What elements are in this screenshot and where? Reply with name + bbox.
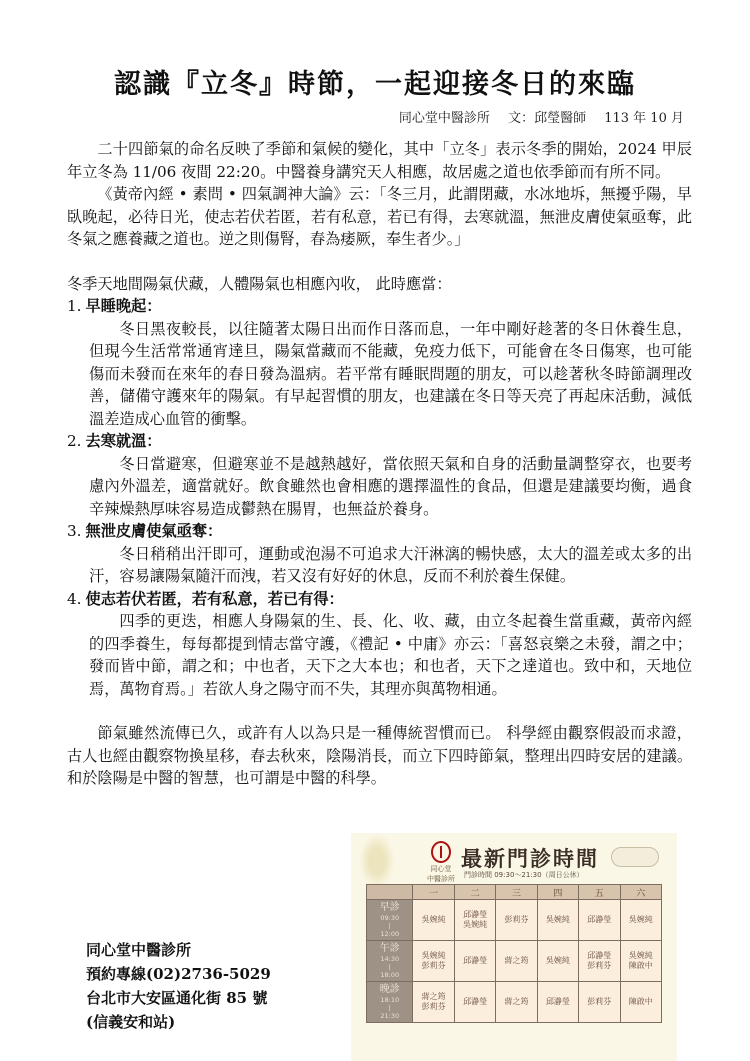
doctor-cell: 吳婉純 — [620, 900, 662, 941]
item-body: 冬日稍稍出汗即可，運動或泡湯不可追求大汗淋漓的暢快感，太大的溫差或太多的出汗，容… — [67, 543, 692, 588]
doctor-cell: 邱瀞瑩 — [454, 982, 495, 1023]
doctor-cell: 邱瀞瑩 — [579, 900, 620, 941]
clinic-contact: 同心堂中醫診所 預約專線(02)2736-5029 台北市大安區通化街 85 號… — [86, 938, 271, 1034]
item-heading: 4.使志若伏若匿，若有私意，若已有得： — [67, 588, 692, 611]
lead-sentence: 冬季天地間陽氣伏藏，人體陽氣也相應內收， 此時應當： — [67, 273, 692, 296]
clinic-station: (信義安和站) — [86, 1010, 271, 1034]
document-title: 認識『立冬』時節，一起迎接冬日的來臨 — [0, 62, 750, 101]
doctor-cell: 吳婉純 — [537, 900, 578, 941]
doctor-cell: 吳婉純 — [413, 900, 454, 941]
doctor-cell: 吳婉純 陳啟中 — [620, 941, 662, 982]
schedule-title: 最新門診時間 — [461, 843, 599, 873]
item-heading: 1.早睡晚起： — [67, 295, 692, 318]
item-3: 3.無泄皮膚使氣亟奪： 冬日稍稍出汗即可，運動或泡湯不可追求大汗淋漓的暢快感，太… — [67, 520, 692, 588]
logo-emblem-icon — [431, 841, 451, 863]
item-heading: 2.去寒就溫： — [67, 430, 692, 453]
doctor-cell: 吳婉純 — [537, 941, 578, 982]
item-body: 四季的更迭，相應人身陽氣的生、長、化、收、藏，由立冬起養生當重藏，黃帝內經的四季… — [67, 610, 692, 700]
wheat-decoration-icon — [359, 833, 395, 889]
day-header: 二 — [454, 885, 495, 900]
doctor-cell: 蔣之筠 — [496, 941, 537, 982]
schedule-header-row: 一 二 三 四 五 六 — [367, 885, 662, 900]
schedule-table: 一 二 三 四 五 六 早診 09:30 | 12:00 吳婉純 邱瀞瑩 吳婉純… — [366, 884, 662, 1023]
clinic-phone: 預約專線(02)2736-5029 — [86, 962, 271, 986]
doctor-cell: 蔣之筠 彭莉芬 — [413, 982, 454, 1023]
byline-author: 文：邱瑩醫師 — [508, 111, 586, 126]
doctor-cell: 邱瀞瑩 吳婉純 — [454, 900, 495, 941]
doctor-cell: 邱瀞瑩 — [454, 941, 495, 982]
doctor-cell: 陳啟中 — [620, 982, 662, 1023]
byline: 同心堂中醫診所 文：邱瑩醫師 113 年 10 月 — [385, 107, 684, 126]
doctor-cell: 吳婉純 彭莉芬 — [413, 941, 454, 982]
day-header: 五 — [579, 885, 620, 900]
session-label: 晚診 18:10 | 21:30 — [367, 982, 413, 1023]
doctor-cell: 邱瀞瑩 — [537, 982, 578, 1023]
doctor-cell: 蔣之筠 — [496, 982, 537, 1023]
closing-paragraph: 節氣雖然流傳已久，或許有人以為只是一種傳統習慣而已。 科學經由觀察假設而求證，古… — [67, 722, 692, 790]
item-body: 冬日當避寒，但避寒並不是越熱越好，當依照天氣和自身的活動量調整穿衣，也要考慮內外… — [67, 453, 692, 521]
doctor-cell: 彭莉芬 — [579, 982, 620, 1023]
doctor-cell: 彭莉芬 — [496, 900, 537, 941]
day-header: 四 — [537, 885, 578, 900]
item-1: 1.早睡晚起： 冬日黑夜較長，以往隨著太陽日出而作日落而息，一年中剛好趁著的冬日… — [67, 295, 692, 430]
clinic-schedule-graphic: 同心堂 中醫診所 最新門診時間 門診時間 09:30～21:30（周日公休） 一… — [351, 833, 677, 1061]
doctor-cell: 邱瀞瑩 彭莉芬 — [579, 941, 620, 982]
session-label: 午診 14:30 | 18:00 — [367, 941, 413, 982]
byline-date: 113 年 10 月 — [604, 111, 684, 126]
item-body: 冬日黑夜較長，以往隨著太陽日出而作日落而息，一年中剛好趁著的冬日休養生息，但現今… — [67, 318, 692, 431]
intro-paragraph-2: 《黃帝內經 • 素問 • 四氣調神大論》云：「冬三月，此謂閉藏，水冰地坼，無擾乎… — [67, 183, 692, 251]
clinic-address: 台北市大安區通化街 85 號 — [86, 986, 271, 1010]
day-header: 六 — [620, 885, 662, 900]
session-row-afternoon: 午診 14:30 | 18:00 吳婉純 彭莉芬 邱瀞瑩 蔣之筠 吳婉純 邱瀞瑩… — [367, 941, 662, 982]
day-header: 三 — [496, 885, 537, 900]
session-row-morning: 早診 09:30 | 12:00 吳婉純 邱瀞瑩 吳婉純 彭莉芬 吳婉純 邱瀞瑩… — [367, 900, 662, 941]
clinic-name: 同心堂中醫診所 — [86, 938, 271, 962]
session-row-evening: 晚診 18:10 | 21:30 蔣之筠 彭莉芬 邱瀞瑩 蔣之筠 邱瀞瑩 彭莉芬… — [367, 982, 662, 1023]
article-body: 二十四節氣的命名反映了季節和氣候的變化，其中「立冬」表示冬季的開始，2024 甲… — [67, 138, 692, 790]
schedule-subtitle: 門診時間 09:30～21:30（周日公休） — [464, 870, 584, 880]
session-label: 早診 09:30 | 12:00 — [367, 900, 413, 941]
clinic-logo: 同心堂 中醫診所 — [423, 841, 459, 883]
byline-clinic: 同心堂中醫診所 — [399, 111, 490, 126]
item-2: 2.去寒就溫： 冬日當避寒，但避寒並不是越熱越好，當依照天氣和自身的活動量調整穿… — [67, 430, 692, 520]
herb-jar-decoration-icon — [611, 847, 659, 867]
day-header: 一 — [413, 885, 454, 900]
item-4: 4.使志若伏若匿，若有私意，若已有得： 四季的更迭，相應人身陽氣的生、長、化、收… — [67, 588, 692, 701]
item-heading: 3.無泄皮膚使氣亟奪： — [67, 520, 692, 543]
intro-paragraph-1: 二十四節氣的命名反映了季節和氣候的變化，其中「立冬」表示冬季的開始，2024 甲… — [67, 138, 692, 183]
